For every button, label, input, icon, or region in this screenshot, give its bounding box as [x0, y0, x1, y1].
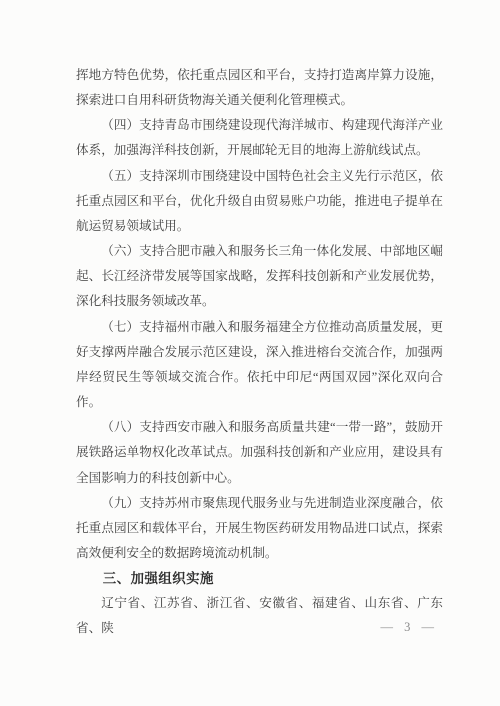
- paragraph: （八）支持西安市融入和服务高质量共建“一带一路”，鼓励开展铁路运单物权化改革试点…: [76, 415, 443, 490]
- paragraph: （五）支持深圳市围绕建设中国特色社会主义先行示范区，依托重点园区和平台，优化升级…: [76, 164, 443, 239]
- document-page: 挥地方特色优势，依托重点园区和平台，支持打造离岸算力设施，探索进口自用科研货物海…: [0, 0, 500, 706]
- paragraph: （七）支持福州市融入和服务福建全方位推动高质量发展，更好支撑两岸融合发展示范区建…: [76, 315, 443, 416]
- section-heading: 三、加强组织实施: [76, 566, 443, 591]
- paragraph: 挥地方特色优势，依托重点园区和平台，支持打造离岸算力设施，探索进口自用科研货物海…: [76, 63, 443, 113]
- paragraph: （六）支持合肥市融入和服务长三角一体化发展、中部地区崛起、长江经济带发展等国家战…: [76, 239, 443, 314]
- page-number: — 3 —: [381, 617, 439, 637]
- document-body: 挥地方特色优势，依托重点园区和平台，支持打造离岸算力设施，探索进口自用科研货物海…: [76, 63, 443, 642]
- paragraph: （九）支持苏州市聚焦现代服务业与先进制造业深度融合，依托重点园区和载体平台，开展…: [76, 491, 443, 566]
- paragraph: （四）支持青岛市围绕建设现代海洋城市、构建现代海洋产业体系，加强海洋科技创新，开…: [76, 113, 443, 163]
